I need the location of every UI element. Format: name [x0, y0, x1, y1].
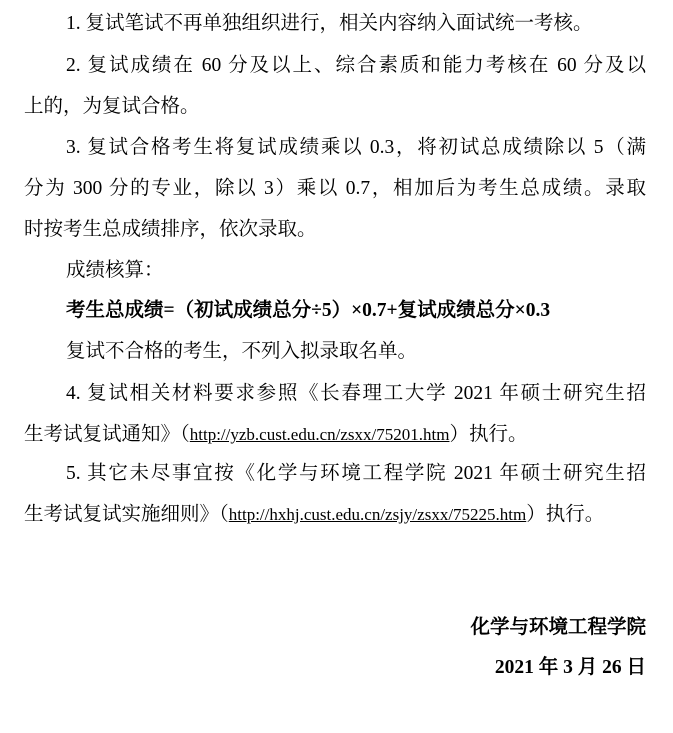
item-2-line-2: 上的，为复试合格。: [24, 95, 646, 119]
calc-label: 成绩核算：: [66, 259, 646, 283]
item-1-line-1: 1. 复试笔试不再单独组织进行，相关内容纳入面试统一考核。: [66, 12, 646, 36]
item-5-line-1: 5. 其它未尽事宜按《化学与环境工程学院 2021 年硕士研究生招: [66, 462, 646, 486]
item-3-line-2: 分为 300 分的专业，除以 3）乘以 0.7，相加后为考生总成绩。录取: [24, 177, 646, 201]
signature-org: 化学与环境工程学院: [470, 616, 646, 640]
item-4-prefix: 生考试复试通知》（: [24, 424, 190, 445]
item-4-suffix: ）执行。: [449, 424, 527, 445]
item-3-line-3: 时按考生总成绩排序，依次录取。: [24, 218, 646, 242]
signature-date: 2021 年 3 月 26 日: [495, 656, 646, 680]
item-2-line-1: 2. 复试成绩在 60 分及以上、综合素质和能力考核在 60 分及以: [66, 54, 646, 78]
item-4-line-2: 生考试复试通知》（http://yzb.cust.edu.cn/zsxx/752…: [24, 423, 646, 447]
score-formula: 考生总成绩=（初试成绩总分÷5）×0.7+复试成绩总分×0.3: [66, 299, 646, 323]
item-3-line-1: 3. 复试合格考生将复试成绩乘以 0.3，将初试总成绩除以 5（满: [66, 136, 646, 160]
item-5-line-2: 生考试复试实施细则》（http://hxhj.cust.edu.cn/zsjy/…: [24, 503, 646, 527]
item-5-suffix: ）执行。: [526, 504, 604, 525]
notice-link[interactable]: http://yzb.cust.edu.cn/zsxx/75201.htm: [190, 425, 450, 444]
rules-link[interactable]: http://hxhj.cust.edu.cn/zsjy/zsxx/75225.…: [229, 505, 526, 524]
item-5-prefix: 生考试复试实施细则》（: [24, 504, 229, 525]
item-4-line-1: 4. 复试相关材料要求参照《长春理工大学 2021 年硕士研究生招: [66, 382, 646, 406]
fail-note: 复试不合格的考生，不列入拟录取名单。: [66, 340, 646, 364]
